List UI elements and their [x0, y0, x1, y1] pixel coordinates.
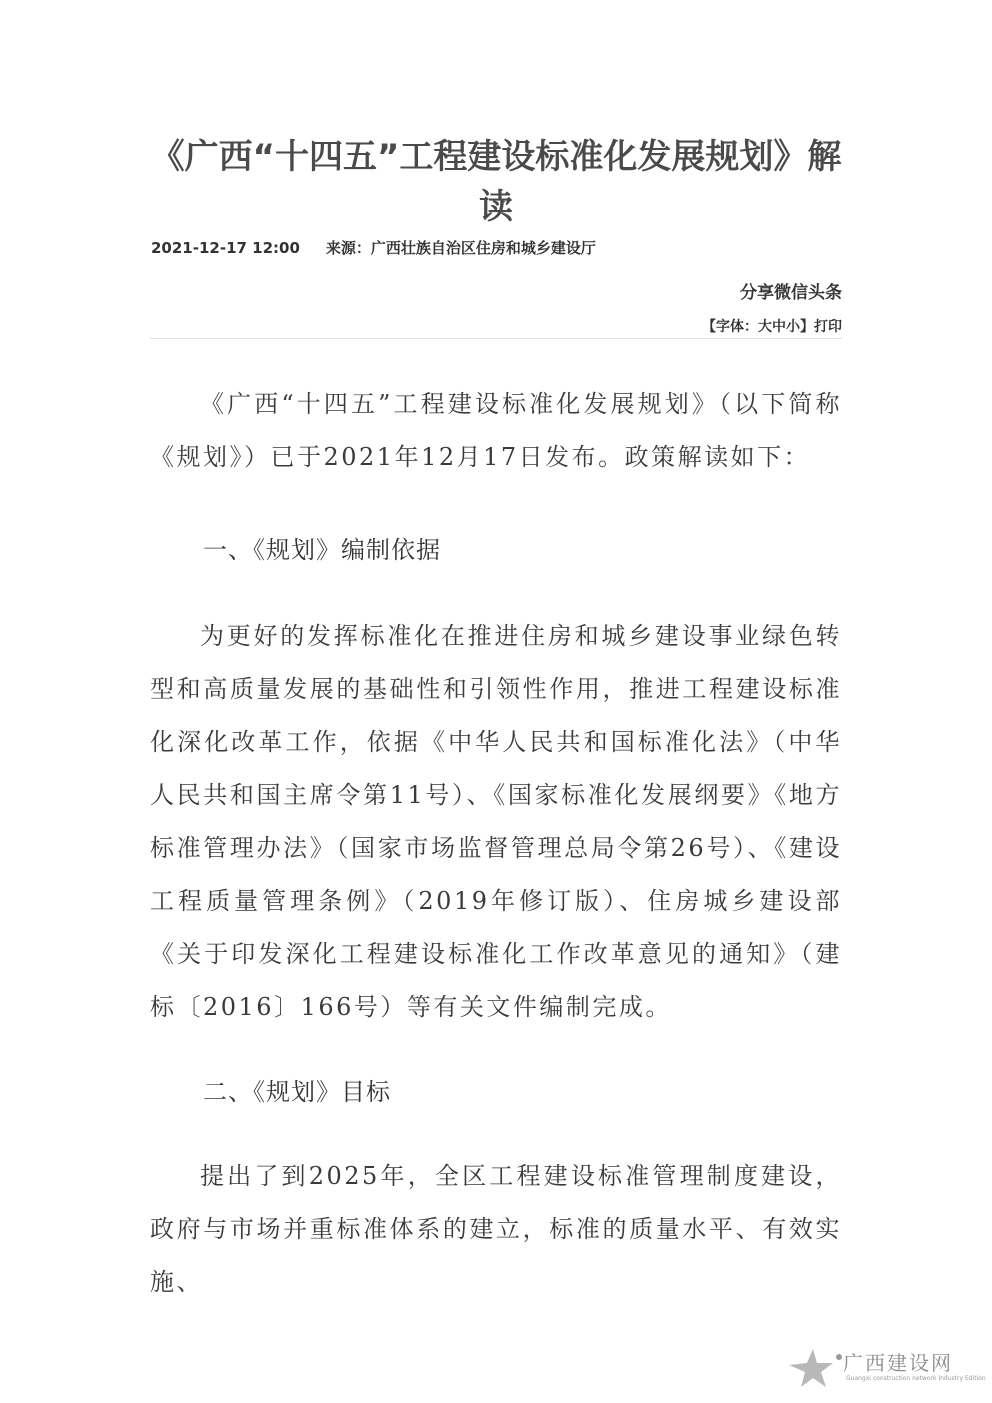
font-size-controls: 【字体：大中小】打印: [702, 316, 842, 336]
document-page: 《广西“十四五”工程建设标准化发展规划》解读 2021-12-17 12:00来…: [0, 0, 992, 1403]
header-divider: [150, 338, 842, 339]
section2-paragraph: 提出了到2025年，全区工程建设标准管理制度建设，政府与市场并重标准体系的建立，…: [150, 1150, 842, 1309]
print-button[interactable]: 打印: [814, 319, 842, 335]
star-logo-icon: [783, 1345, 843, 1395]
share-wechat-toutiao[interactable]: 分享微信头条: [740, 278, 842, 303]
font-medium-button[interactable]: 中: [772, 319, 786, 335]
intro-paragraph: 《广西“十四五”工程建设标准化发展规划》（以下简称《规划》）已于2021年12月…: [150, 378, 842, 484]
watermark-subtitle: Guangxi construction network Industry Ed…: [846, 1375, 986, 1382]
intro-text: 《广西“十四五”工程建设标准化发展规划》（以下简称《规划》）已于2021年12月…: [150, 378, 842, 484]
font-small-button[interactable]: 小: [786, 319, 800, 335]
article-meta: 2021-12-17 12:00来源：广西壮族自治区住房和城乡建设厅: [151, 237, 843, 258]
watermark-name: 广西建设网: [843, 1347, 953, 1376]
article-source: 来源：广西壮族自治区住房和城乡建设厅: [326, 239, 596, 257]
article-title: 《广西“十四五”工程建设标准化发展规划》解读: [150, 132, 842, 232]
section2-text: 提出了到2025年，全区工程建设标准管理制度建设，政府与市场并重标准体系的建立，…: [150, 1150, 842, 1309]
section1-text: 为更好的发挥标准化在推进住房和城乡建设事业绿色转型和高质量发展的基础性和引领性作…: [150, 610, 842, 1034]
section1-heading: 一、《规划》编制依据: [203, 530, 441, 565]
font-large-button[interactable]: 大: [758, 319, 772, 335]
font-size-suffix: 】: [800, 319, 814, 335]
font-size-prefix: 【字体：: [702, 319, 758, 335]
watermark-logo: 广西建设网 Guangxi construction network Indus…: [783, 1345, 988, 1395]
publish-date: 2021-12-17 12:00: [151, 239, 300, 257]
section2-heading: 二、《规划》目标: [203, 1072, 391, 1107]
section1-paragraph: 为更好的发挥标准化在推进住房和城乡建设事业绿色转型和高质量发展的基础性和引领性作…: [150, 610, 842, 1034]
